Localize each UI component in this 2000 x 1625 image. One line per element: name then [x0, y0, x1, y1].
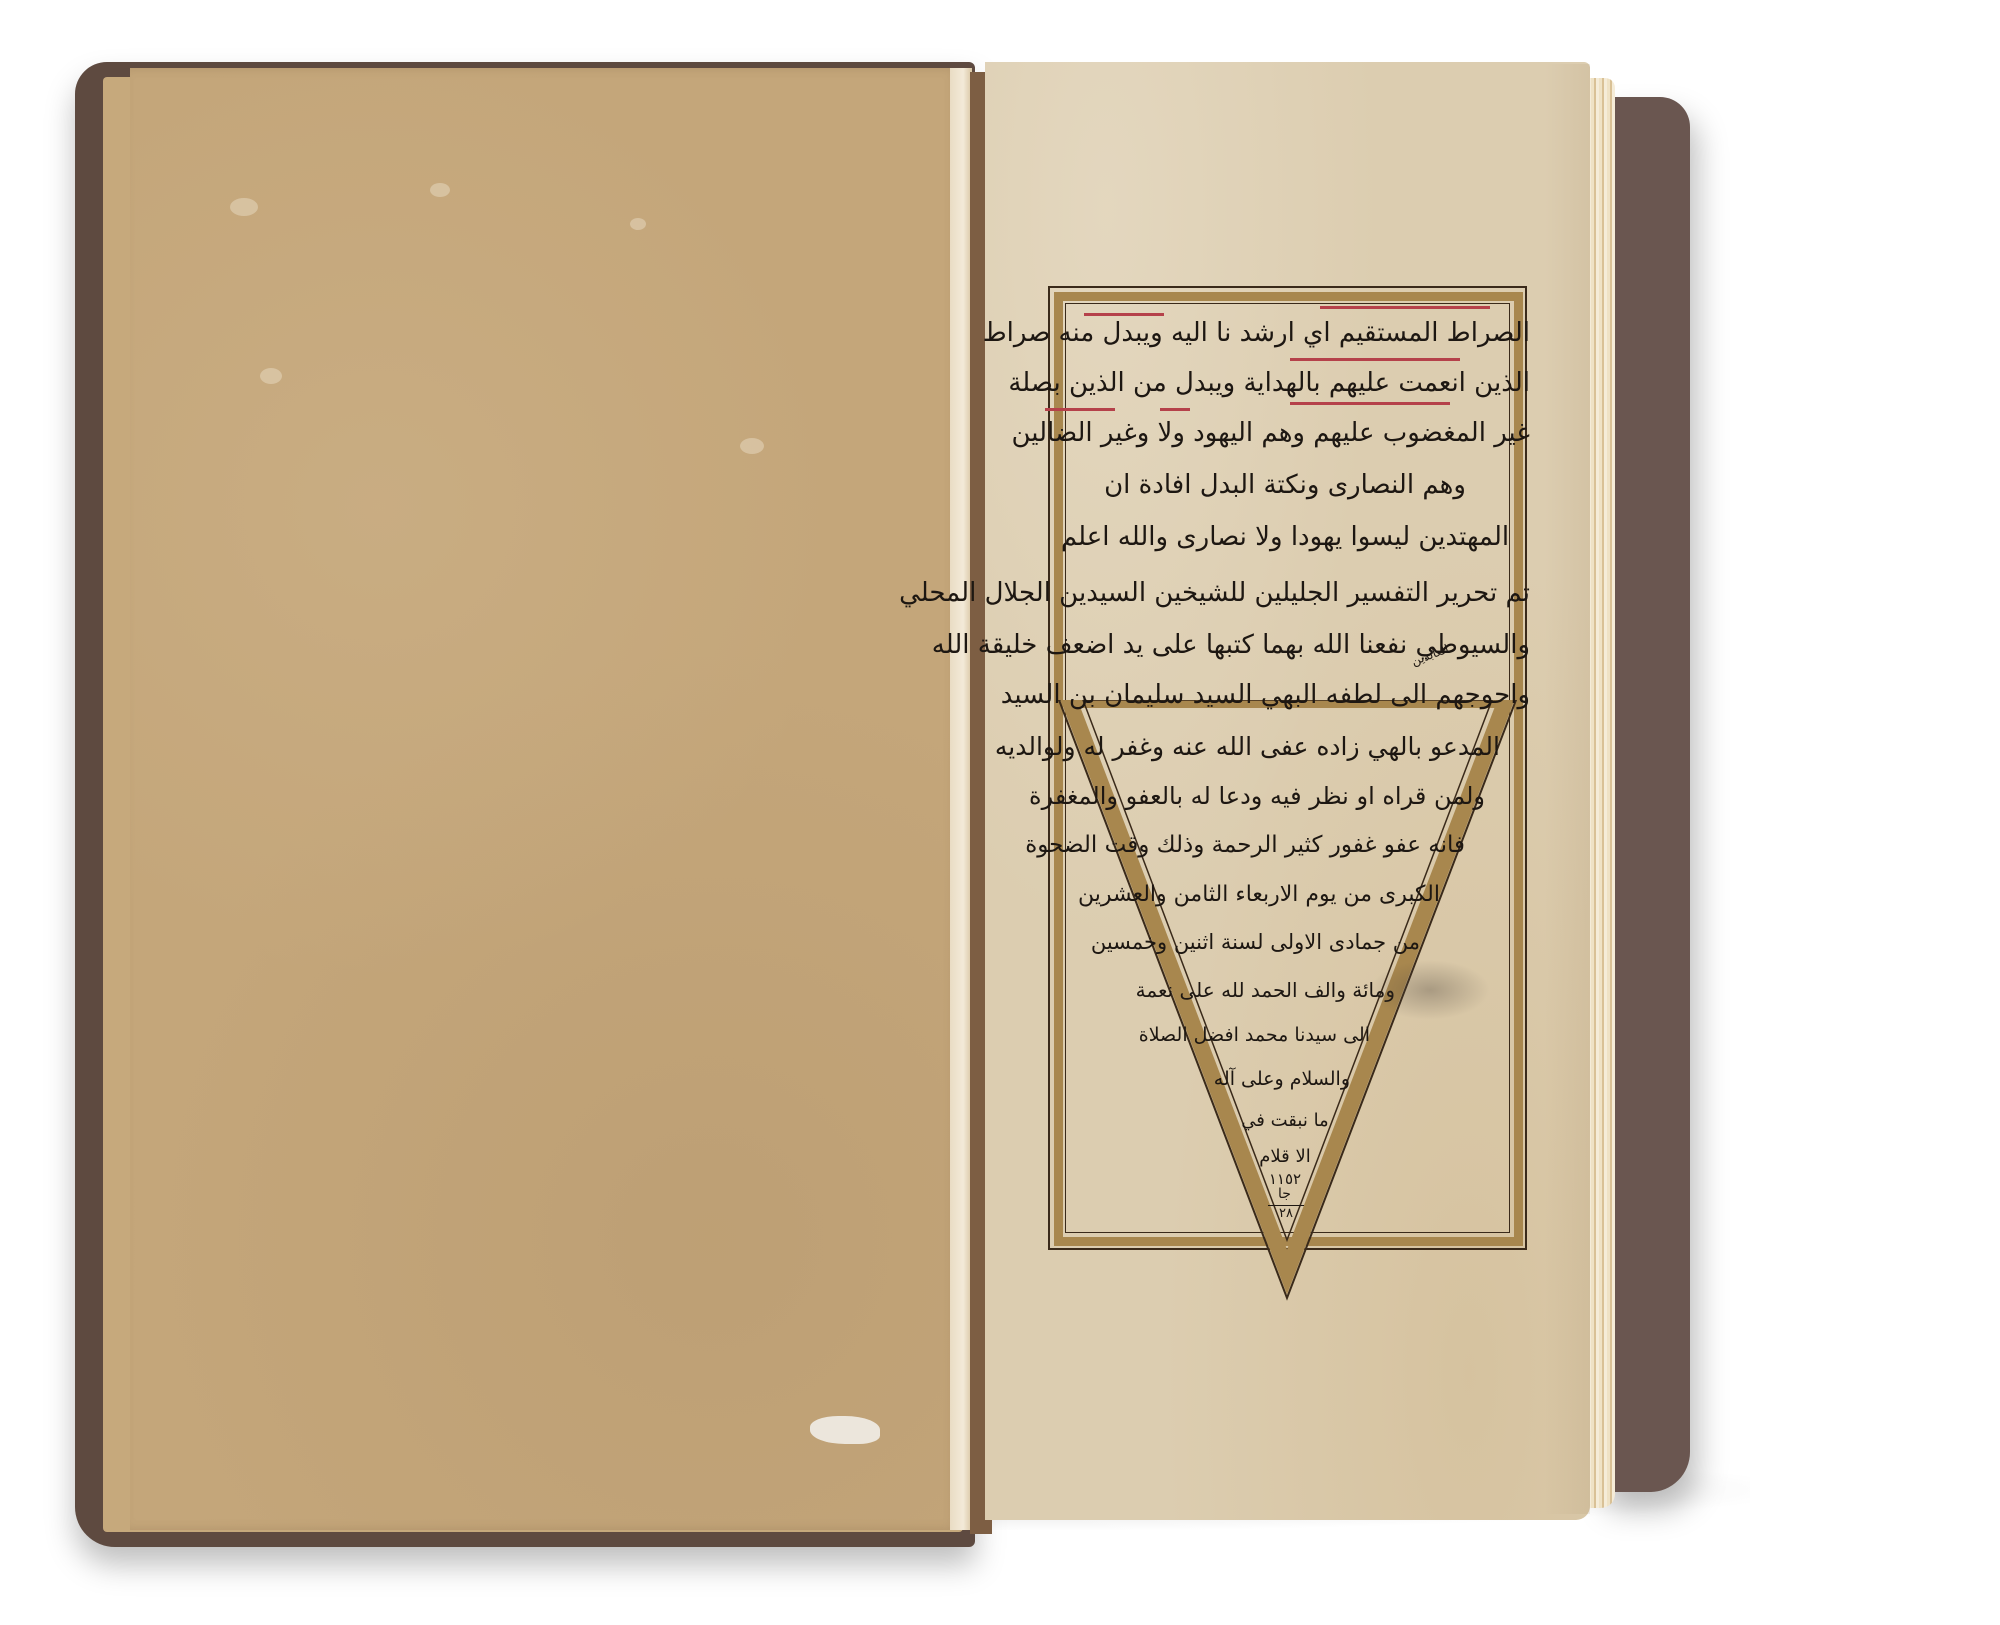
rubric-overline — [1290, 358, 1460, 361]
stain — [260, 368, 282, 384]
text-line: والسلام وعلى آله — [1220, 1068, 1350, 1090]
stain — [630, 218, 646, 230]
rubric-overline — [1045, 408, 1115, 411]
rubric-overline — [1160, 408, 1190, 411]
rubric-overline — [1320, 306, 1490, 309]
text-line: من جمادى الاولى لسنة اثنين وخمسين — [1150, 930, 1420, 954]
text-line: الى سيدنا محمد افضل الصلاة — [1200, 1024, 1370, 1046]
text-line: وهم النصارى ونكتة البدل افادة ان — [1040, 470, 1530, 500]
text-line: ولمن قراه او نظر فيه ودعا له بالعفو والم… — [1085, 782, 1485, 810]
colophon-day: ٢٨ — [1268, 1206, 1304, 1221]
left-blank-page — [130, 68, 960, 1530]
stain — [430, 183, 450, 197]
text-line: الكبرى من يوم الاربعاء الثامن والعشرين — [1130, 882, 1440, 907]
text-line: المدعو بالهي زاده عفى الله عنه وغفر له و… — [1070, 732, 1500, 761]
text-line: الصراط المستقيم اي ارشد نا اليه ويبدل من… — [1040, 318, 1530, 348]
text-line: تم تحرير التفسير الجليلين للشيخين السيدي… — [1040, 578, 1530, 608]
stain — [740, 438, 764, 454]
text-line: غير المغضوب عليهم وهم اليهود ولا وغير ال… — [1040, 418, 1530, 448]
text-line: واحوجهم الى لطفه البهي السيد سليمان بن ا… — [1040, 680, 1530, 710]
rubric-overline — [1084, 313, 1164, 316]
text-line: ما نبقت في — [1235, 1110, 1335, 1131]
text-line: فانه عفو غفور كثير الرحمة وذلك وقت الضحو… — [1105, 832, 1465, 858]
torn-page-edge — [950, 68, 972, 1530]
rubric-overline — [1290, 402, 1450, 405]
paper-repair-patch — [810, 1416, 880, 1444]
ink-smudge — [1370, 960, 1490, 1020]
text-line: الذين انعمت عليهم بالهداية ويبدل من الذي… — [1040, 368, 1530, 398]
page-shading — [1545, 64, 1590, 1514]
colophon-month-abbrev: جا — [1262, 1186, 1307, 1202]
text-line: المهتدين ليسوا يهودا ولا نصارى والله اعل… — [1040, 522, 1530, 552]
text-line: الا قلام — [1245, 1146, 1325, 1167]
stain — [230, 198, 258, 216]
text-line: ومائة والف الحمد لله على نعمة — [1175, 978, 1395, 1002]
